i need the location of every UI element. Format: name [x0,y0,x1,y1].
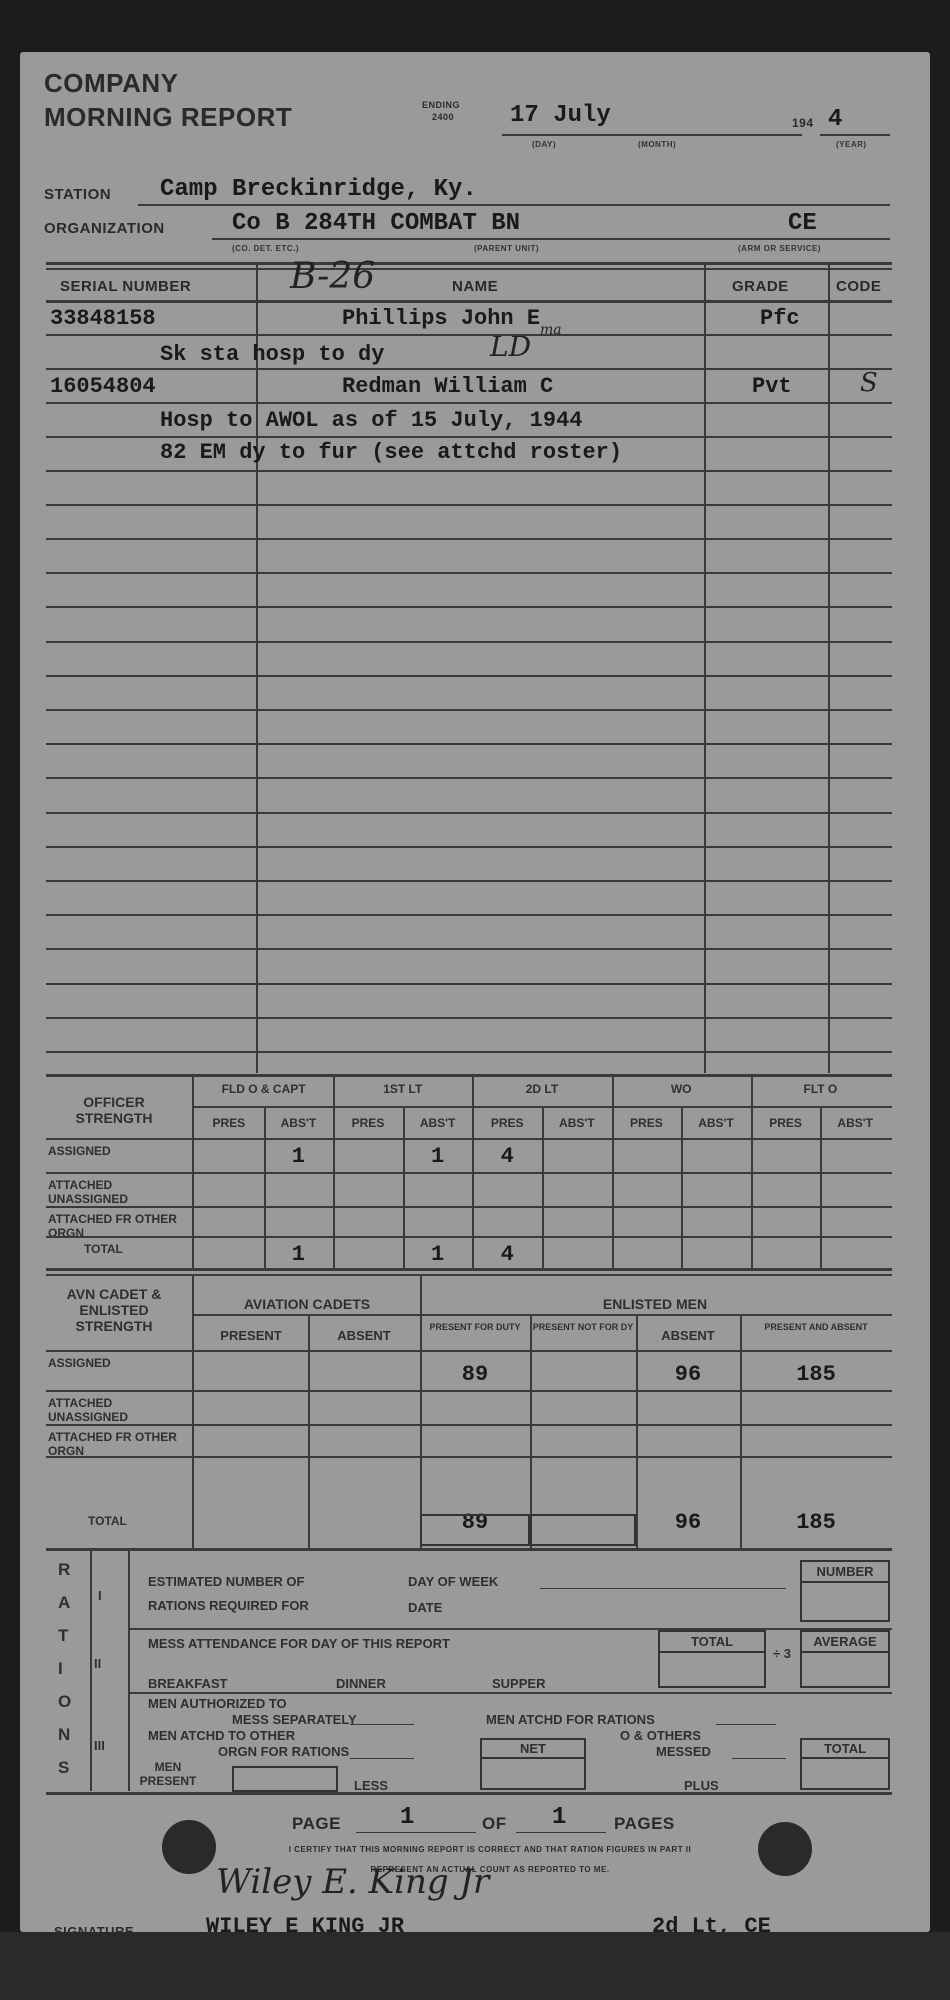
officer-header-rule [46,1138,892,1140]
enlisted-top-rule [46,1268,892,1271]
enlisted-col-sep [420,1276,422,1548]
entry-remark: Hosp to AWOL as of 15 July, 1944 [160,408,582,433]
officer-group-header: WO [612,1082,751,1096]
handwritten-signature: Wiley E. King Jr [216,1862,489,1902]
dinner-label: DINNER [336,1676,386,1691]
supper-label: SUPPER [492,1676,545,1691]
roster-col-sep-3 [828,265,830,1073]
enlisted-cell[interactable]: 185 [740,1362,892,1387]
section-1-rule [128,1628,892,1630]
roster-rule [46,709,892,711]
day-of-week-label: DAY OF WEEK [408,1574,498,1589]
pages-value: 1 [552,1804,566,1831]
enlisted-strength-title: AVN CADET & ENLISTED STRENGTH [54,1286,174,1334]
officer-group-header: 1ST LT [333,1082,472,1096]
enlisted-col-header: PRESENT [194,1328,308,1344]
roster-rule [46,470,892,472]
roster-rule [46,606,892,608]
enlisted-cell[interactable]: 185 [740,1510,892,1535]
plus-label: PLUS [684,1778,719,1793]
average-box[interactable]: AVERAGE [800,1630,890,1688]
enlisted-row-rule [46,1424,892,1426]
roster-header-rule [46,300,892,303]
officer-group-header: 2D LT [472,1082,611,1096]
pages-label: PAGES [614,1814,675,1834]
officer-subcol-header: PRES [612,1116,682,1130]
organization-underline [212,238,890,240]
header-name: NAME [452,278,498,295]
mess-total-box[interactable]: TOTAL [658,1630,766,1688]
entry-remark: 82 EM dy to fur (see attchd roster) [160,440,622,465]
enlisted-col-sep [308,1316,310,1548]
entry-remark: Sk sta hosp to dy [160,342,384,367]
enlisted-row-rule [46,1456,892,1458]
roster-rule [46,504,892,506]
enlisted-cell[interactable]: 89 [420,1362,530,1387]
officer-subcol-header: PRES [333,1116,403,1130]
roster-rule [46,948,892,950]
total-present-duty-box [420,1514,530,1546]
roster-rule [46,334,892,336]
caption-co-det: (CO. DET. ETC.) [232,244,299,253]
officer-subcol-header: PRES [751,1116,821,1130]
of-label: OF [482,1814,507,1834]
less-label: LESS [354,1778,388,1793]
page-line [356,1832,476,1833]
enlisted-col-header: ABSENT [308,1328,420,1344]
entry-serial: 16054804 [50,374,156,399]
pages-line [516,1832,606,1833]
enlisted-col-sep-label [192,1276,194,1548]
header-serial-number: SERIAL NUMBER [60,278,191,295]
roster-rule [46,777,892,779]
enlisted-col-header: PRESENT AND ABSENT [740,1320,892,1334]
station-underline [138,204,890,206]
entry-name: Redman William C [342,374,553,399]
year-value: 4 [828,106,842,133]
header-code: CODE [836,278,881,295]
rations-letter: R [58,1560,70,1580]
roster-top-rule [46,262,892,265]
page-value: 1 [400,1804,414,1831]
roster-rule [46,572,892,574]
men-atchd-other-line1: MEN ATCHD TO OTHER [148,1728,295,1743]
rations-total-box[interactable]: TOTAL [800,1738,890,1790]
enlisted-row-label: TOTAL [88,1514,178,1528]
roster-top-rule-2 [46,268,892,270]
roster-rule [46,368,892,370]
men-authorized-line1: MEN AUTHORIZED TO [148,1696,287,1711]
men-atchd-other-line2: ORGN FOR RATIONS [218,1744,349,1759]
o-and-others-line2: MESSED [656,1744,711,1759]
enlisted-row-label: ATTACHED UNASSIGNED [48,1396,188,1424]
roster-rule [46,880,892,882]
number-box[interactable]: NUMBER [800,1560,890,1622]
header-grade: GRADE [732,278,789,295]
roster-rule [46,914,892,916]
officer-row-rule [46,1206,892,1208]
mess-separately-line [350,1724,414,1725]
average-label: AVERAGE [802,1632,888,1653]
rations-top-rule [46,1548,892,1551]
morning-report-form: COMPANY MORNING REPORT ENDING 2400 17 Ju… [20,52,930,1932]
rations-total-label: TOTAL [802,1740,888,1759]
men-present-label: MEN PRESENT [138,1760,198,1788]
enlisted-header-rule [46,1350,892,1352]
caption-parent-unit: (PARENT UNIT) [474,244,539,253]
roster-rule [46,1051,892,1053]
officer-col-sep [542,1108,544,1268]
officer-subcol-header: ABS'T [542,1116,612,1130]
scan-border-bottom [0,1932,950,2000]
officer-cell[interactable]: 1 [264,1242,334,1267]
roster-col-sep-1 [256,265,258,1073]
entry-grade: Pfc [760,306,800,331]
section-2-numeral: II [94,1656,101,1671]
officer-cell[interactable]: 4 [472,1144,542,1169]
officer-subcol-header: ABS'T [820,1116,890,1130]
roster-rule [46,436,892,438]
officer-subcol-header: PRES [472,1116,542,1130]
officer-top-rule [46,1074,892,1077]
enlisted-col-header: PRESENT FOR DUTY [420,1320,530,1334]
ending-label: ENDING [422,100,460,110]
breakfast-label: BREAKFAST [148,1676,227,1691]
roster-rule [46,675,892,677]
total-not-for-duty-box [530,1514,636,1546]
section-3-numeral: III [94,1738,105,1753]
enlisted-men-header: ENLISTED MEN [420,1296,890,1312]
officer-cell[interactable]: 1 [264,1144,334,1169]
atchd-rations-line [716,1724,776,1725]
enlisted-row-label: ATTACHED FR OTHER ORGN [48,1430,188,1458]
seal-icon-left [162,1820,216,1874]
net-box[interactable]: NET [480,1738,586,1790]
officer-group-header: FLT O [751,1082,890,1096]
station-label: STATION [44,186,111,203]
officer-subcol-header: ABS'T [403,1116,473,1130]
roster-rule [46,538,892,540]
rations-sep-1 [90,1551,92,1791]
officer-col-sep [681,1108,683,1268]
officer-row-label: ASSIGNED [48,1144,188,1158]
enlisted-top-rule-2 [46,1274,892,1276]
ending-time: 2400 [432,112,454,122]
o-and-others-line1: O & OTHERS [620,1728,701,1743]
rations-letter: O [58,1692,71,1712]
officer-row-rule [46,1172,892,1174]
roster-rule [46,641,892,643]
officer-subcol-header: ABS'T [681,1116,751,1130]
rations-letter: T [58,1626,68,1646]
men-atchd-for-rations: MEN ATCHD FOR RATIONS [486,1712,655,1727]
organization-value: Co B 284TH COMBAT BN [232,210,520,237]
section-1-line2: RATIONS REQUIRED FOR [148,1598,309,1613]
officer-row-label: ATTACHED UNASSIGNED [48,1178,188,1206]
aviation-cadets-header: AVIATION CADETS [194,1296,420,1312]
rations-letter: N [58,1725,70,1745]
enlisted-row-rule [46,1390,892,1392]
arm-value: CE [788,210,817,237]
roster-rule [46,846,892,848]
net-label: NET [482,1740,584,1759]
officer-cell[interactable]: 1 [403,1144,473,1169]
roster-rule [46,743,892,745]
men-present-box[interactable] [232,1766,338,1792]
number-box-label: NUMBER [802,1562,888,1583]
section-1-numeral: I [98,1588,102,1603]
roster-rule [46,812,892,814]
officer-row-rule [46,1236,892,1238]
roster-rule [46,1017,892,1019]
handwritten-note: B-26 [290,256,375,297]
officer-group-header: FLD O & CAPT [194,1082,333,1096]
seal-icon-right [758,1822,812,1876]
rations-sep-2 [128,1551,130,1791]
enlisted-cell[interactable]: 96 [636,1510,740,1535]
enlisted-col-header: ABSENT [636,1328,740,1344]
officer-cell[interactable]: 4 [472,1242,542,1267]
date-underline [502,134,802,136]
enlisted-col-header: PRESENT NOT FOR DY [530,1320,636,1334]
officer-strength-title: OFFICER STRENGTH [54,1094,174,1126]
enlisted-cell[interactable]: 96 [636,1362,740,1387]
organization-label: ORGANIZATION [44,220,165,237]
rations-bottom-rule [46,1792,892,1795]
report-date: 17 July [510,102,611,129]
divide-by-three: ÷ 3 [772,1646,792,1661]
other-orgn-line [350,1758,414,1759]
mess-total-label: TOTAL [660,1632,764,1653]
section-1-line1: ESTIMATED NUMBER OF [148,1574,304,1589]
officer-subcol-header: PRES [194,1116,264,1130]
form-title-morning-report: MORNING REPORT [44,102,292,133]
form-title-company: COMPANY [44,68,178,99]
men-authorized-line2: MESS SEPARATELY [232,1712,357,1727]
officer-col-sep [820,1108,822,1268]
section-2-rule [128,1692,892,1694]
entry-grade: Pvt [752,374,792,399]
month-caption: (MONTH) [638,140,676,149]
rations-letter: I [58,1659,63,1679]
entry-serial: 33848158 [50,306,156,331]
entry-name: Phillips John E [342,306,540,331]
roster-col-sep-2 [704,265,706,1073]
roster-rule [46,402,892,404]
rations-letter: S [58,1758,69,1778]
officer-row-label: TOTAL [84,1242,174,1256]
officer-subcol-header: ABS'T [264,1116,334,1130]
rations-letter: A [58,1593,70,1613]
others-messed-line [732,1758,786,1759]
year-prefix: 194 [792,116,814,130]
day-caption: (DAY) [532,140,556,149]
year-caption: (YEAR) [836,140,867,149]
entry-code: S [860,368,878,398]
enlisted-row-label: ASSIGNED [48,1356,188,1370]
mess-attendance-title: MESS ATTENDANCE FOR DAY OF THIS REPORT [148,1636,450,1651]
caption-arm-service: (ARM OR SERVICE) [738,244,821,253]
date-label: DATE [408,1600,442,1615]
year-underline [820,134,890,136]
page-label: PAGE [292,1814,341,1834]
day-of-week-line [540,1588,786,1589]
station-value: Camp Breckinridge, Ky. [160,176,477,203]
roster-rule [46,983,892,985]
enlisted-group-rule [194,1314,892,1316]
officer-cell[interactable]: 1 [403,1242,473,1267]
